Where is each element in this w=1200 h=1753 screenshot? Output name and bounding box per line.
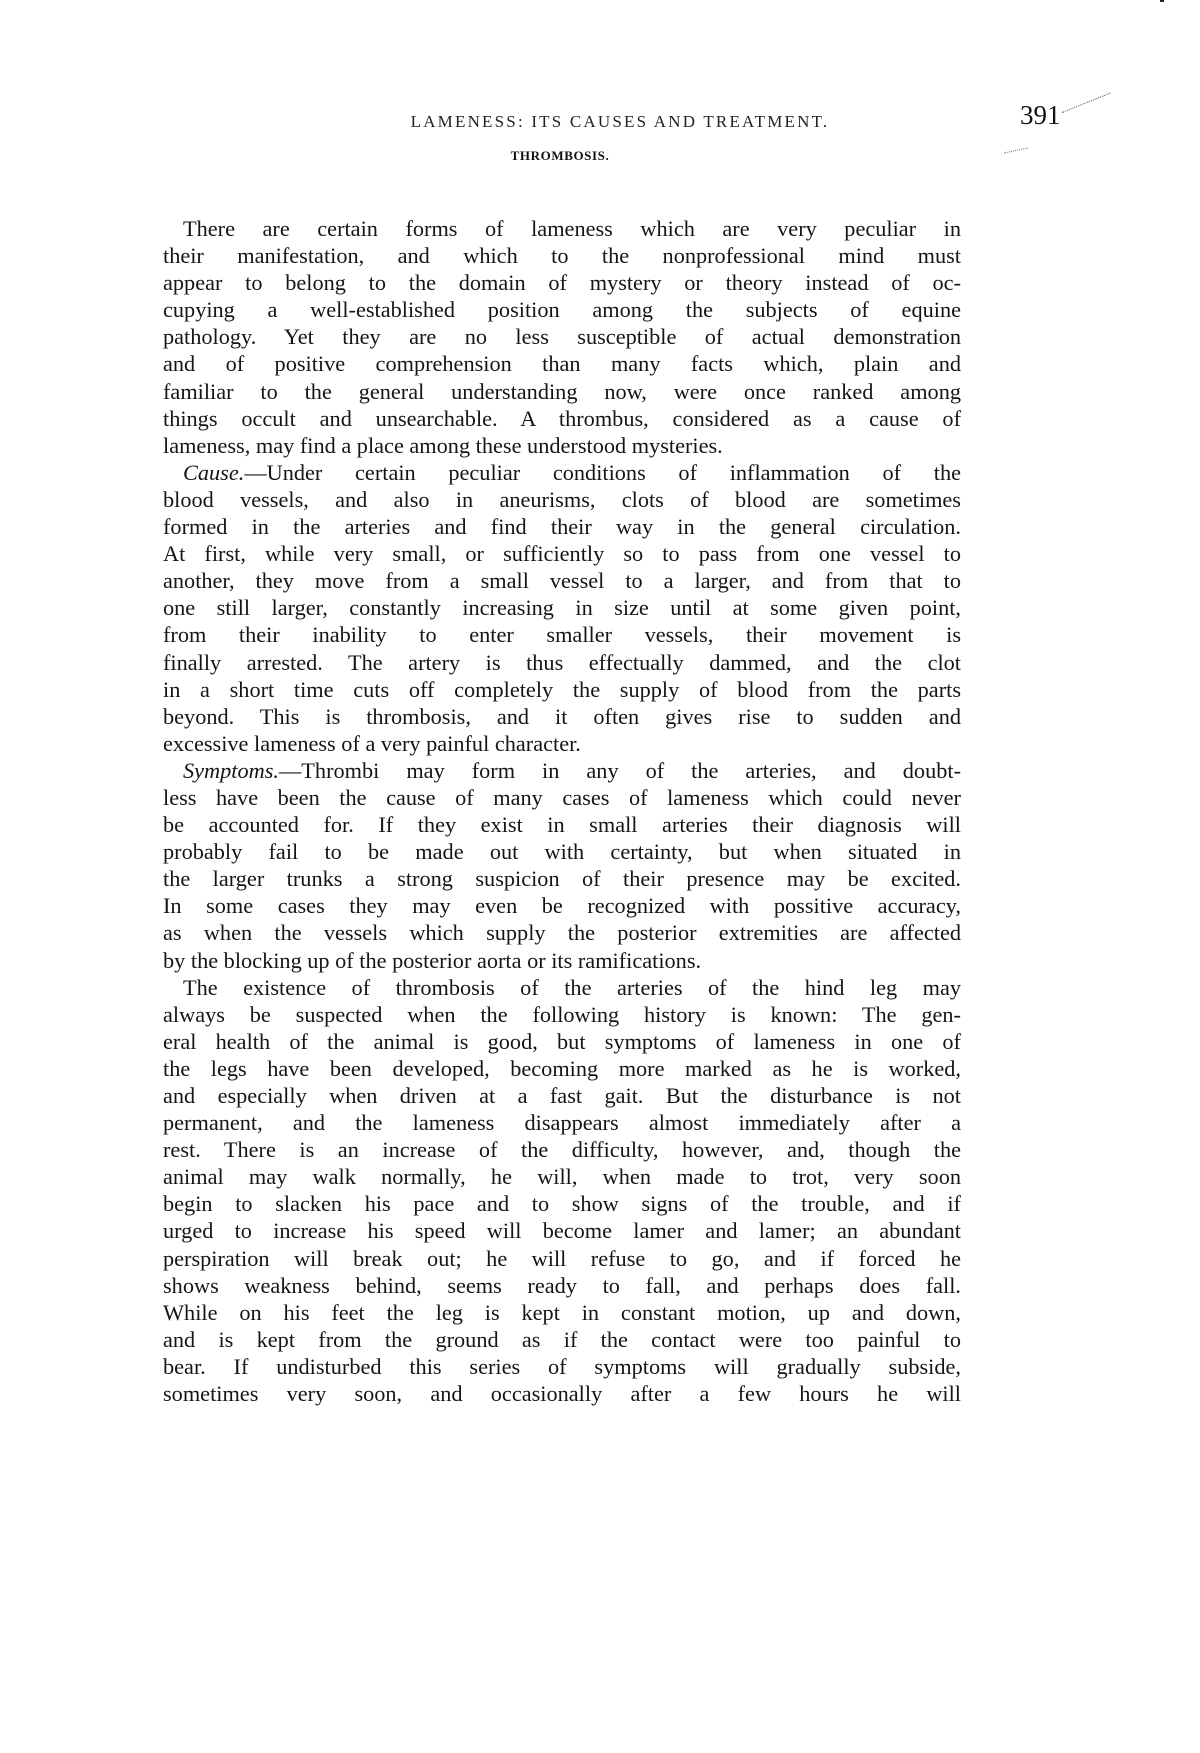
text-line: shows weakness behind, seems ready to fa… — [163, 1272, 961, 1299]
text-line: pathology. Yet they are no less suscepti… — [163, 323, 961, 350]
text-line: beyond. This is thrombosis, and it often… — [163, 703, 961, 730]
text-line: probably fail to be made out with certai… — [163, 838, 961, 865]
text-line: appear to belong to the domain of myster… — [163, 269, 961, 296]
text-line: rest. There is an increase of the diffic… — [163, 1136, 961, 1163]
paragraph-cause: Cause.—Under certain peculiar conditions… — [163, 459, 961, 757]
text-line: Symptoms.—Thrombi may form in any of the… — [163, 757, 961, 784]
text-line: eral health of the animal is good, but s… — [163, 1028, 961, 1055]
text-line: and especially when driven at a fast gai… — [163, 1082, 961, 1109]
text-line: cupying a well-established position amon… — [163, 296, 961, 323]
scan-mark — [1160, 0, 1164, 2]
text-line: While on his feet the leg is kept in con… — [163, 1299, 961, 1326]
text-line: as when the vessels which supply the pos… — [163, 919, 961, 946]
text-line: In some cases they may even be recognize… — [163, 892, 961, 919]
text-line: finally arrested. The artery is thus eff… — [163, 649, 961, 676]
paragraph-lead-symptoms: Symptoms. — [183, 758, 279, 783]
text-line: and is kept from the ground as if the co… — [163, 1326, 961, 1353]
text-line: bear. If undisturbed this series of symp… — [163, 1353, 961, 1380]
book-page: LAMENESS: ITS CAUSES AND TREATMENT. 391 … — [0, 0, 1200, 1753]
text-line: the larger trunks a strong suspicion of … — [163, 865, 961, 892]
running-header: LAMENESS: ITS CAUSES AND TREATMENT. — [300, 112, 940, 132]
body-text: There are certain forms of lameness whic… — [163, 215, 961, 1407]
text-line: and of positive comprehension than many … — [163, 350, 961, 377]
text-line: the legs have been developed, becoming m… — [163, 1055, 961, 1082]
text-line: The existence of thrombosis of the arter… — [163, 974, 961, 1001]
text-line-content: —Thrombi may form in any of the arteries… — [279, 758, 961, 783]
section-title: THROMBOSIS. — [380, 148, 740, 164]
text-line: sometimes very soon, and occasionally af… — [163, 1380, 961, 1407]
text-line: their manifestation, and which to the no… — [163, 242, 961, 269]
text-line: There are certain forms of lameness whic… — [163, 215, 961, 242]
text-line: by the blocking up of the posterior aort… — [163, 947, 961, 974]
text-line: Cause.—Under certain peculiar conditions… — [163, 459, 961, 486]
text-line: lameness, may find a place among these u… — [163, 432, 961, 459]
text-line: permanent, and the lameness disappears a… — [163, 1109, 961, 1136]
text-line: in a short time cuts off completely the … — [163, 676, 961, 703]
page-number: 391 — [1020, 100, 1061, 131]
paragraph-symptoms: Symptoms.—Thrombi may form in any of the… — [163, 757, 961, 974]
text-line: things occult and unsearchable. A thromb… — [163, 405, 961, 432]
text-line-content: —Under certain peculiar conditions of in… — [244, 460, 961, 485]
text-line: from their inability to enter smaller ve… — [163, 621, 961, 648]
text-line: At first, while very small, or sufficien… — [163, 540, 961, 567]
text-line: animal may walk normally, he will, when … — [163, 1163, 961, 1190]
paragraph-intro: There are certain forms of lameness whic… — [163, 215, 961, 459]
text-line: one still larger, constantly increasing … — [163, 594, 961, 621]
text-line: formed in the arteries and find their wa… — [163, 513, 961, 540]
text-line: another, they move from a small vessel t… — [163, 567, 961, 594]
pencil-mark — [1062, 93, 1111, 113]
text-line: blood vessels, and also in aneurisms, cl… — [163, 486, 961, 513]
paragraph-lead-cause: Cause. — [183, 460, 244, 485]
text-line: be accounted for. If they exist in small… — [163, 811, 961, 838]
text-line: excessive lameness of a very painful cha… — [163, 730, 961, 757]
paragraph-hind-leg: The existence of thrombosis of the arter… — [163, 974, 961, 1408]
text-line: begin to slacken his pace and to show si… — [163, 1190, 961, 1217]
pencil-mark — [1004, 148, 1028, 154]
text-line: urged to increase his speed will become … — [163, 1217, 961, 1244]
text-line: familiar to the general understanding no… — [163, 378, 961, 405]
text-line: less have been the cause of many cases o… — [163, 784, 961, 811]
text-line: always be suspected when the following h… — [163, 1001, 961, 1028]
text-line: perspiration will break out; he will ref… — [163, 1245, 961, 1272]
